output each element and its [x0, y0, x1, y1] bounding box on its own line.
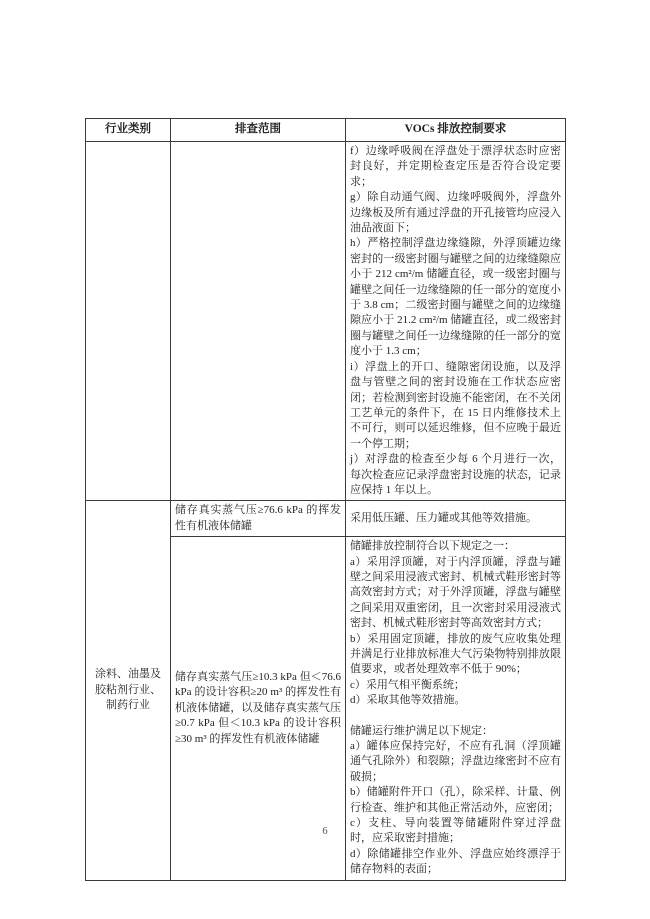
requirement-paragraph-g: g）除自动通气阀、边缘呼吸阀外，浮盘外边缘板及所有通过浮盘的开孔接管均应浸入油品…	[350, 190, 561, 236]
emission-control-item-b: b）采用固定顶罐，排放的废气应收集处理并满足行业排放标准大气污染物特别排放限值要…	[350, 632, 561, 678]
document-page: { "page": { "number": "6" }, "table": { …	[0, 0, 650, 919]
table-row-high-vapor-pressure: 涂料、油墨及胶粘剂行业、制药行业 储存真实蒸气压≥76.6 kPa 的挥发性有机…	[86, 501, 566, 537]
emission-control-title: 储罐排放控制符合以下规定之一：	[350, 539, 561, 554]
table-header-row: 行业类别 排查范围 VOCs 排放控制要求	[86, 119, 566, 142]
maintenance-item-d: d）除储罐排空作业外、浮盘应始终漂浮于储存物料的表面；	[350, 847, 561, 878]
requirement-paragraph: 采用低压罐、压力罐或其他等效措施。	[350, 511, 561, 526]
col-header-scope: 排查范围	[171, 119, 346, 142]
emission-control-group: 储罐排放控制符合以下规定之一： a）采用浮顶罐，对于内浮顶罐，浮盘与罐壁之间采用…	[350, 539, 561, 708]
maintenance-group: 储罐运行维护满足以下规定： a）罐体应保持完好，不应有孔洞（浮顶罐通气孔除外）和…	[350, 724, 561, 878]
industry-cell: 涂料、油墨及胶粘剂行业、制药行业	[86, 501, 171, 880]
maintenance-item-b: b）储罐附件开口（孔），除采样、计量、例行检查、维护和其他正常活动外，应密闭；	[350, 785, 561, 816]
requirements-cell: 采用低压罐、压力罐或其他等效措施。	[346, 501, 566, 537]
col-header-industry: 行业类别	[86, 119, 171, 142]
emission-control-item-a: a）采用浮顶罐，对于内浮顶罐，浮盘与罐壁之间采用浸液式密封、机械式鞋形密封等高效…	[350, 555, 561, 632]
col-header-requirements: VOCs 排放控制要求	[346, 119, 566, 142]
scope-cell-empty	[171, 142, 346, 501]
emission-control-item-c: c）采用气相平衡系统；	[350, 678, 561, 693]
requirements-cell: f）边缘呼吸阀在浮盘处于漂浮状态时应密封良好，并定期检查定压是否符合设定要求； …	[346, 142, 566, 501]
requirement-paragraph-f: f）边缘呼吸阀在浮盘处于漂浮状态时应密封良好，并定期检查定压是否符合设定要求；	[350, 144, 561, 190]
maintenance-item-a: a）罐体应保持完好，不应有孔洞（浮顶罐通气孔除外）和裂隙；浮盘边缘密封不应有破损…	[350, 739, 561, 785]
requirement-paragraph-i: i）浮盘上的开口、缝隙密闭设施，以及浮盘与管壁之间的密封设施在工作状态应密闭；若…	[350, 360, 561, 452]
maintenance-title: 储罐运行维护满足以下规定：	[350, 724, 561, 739]
industry-cell-empty	[86, 142, 171, 501]
table-row-continuation: f）边缘呼吸阀在浮盘处于漂浮状态时应密封良好，并定期检查定压是否符合设定要求； …	[86, 142, 566, 501]
emission-control-item-d: d）采取其他等效措施。	[350, 693, 561, 708]
scope-cell: 储存真实蒸气压≥76.6 kPa 的挥发性有机液体储罐	[171, 501, 346, 537]
page-number: 6	[0, 826, 650, 837]
industry-voc-requirements-table: 行业类别 排查范围 VOCs 排放控制要求 f）边缘呼吸阀在浮盘处于漂浮状态时应…	[85, 118, 566, 881]
requirement-paragraph-h: h）严格控制浮盘边缘缝隙，外浮顶罐边缘密封的一级密封圈与罐壁之间的边缘缝隙应小于…	[350, 236, 561, 359]
requirement-paragraph-j: j）对浮盘的检查至少每 6 个月进行一次，每次检查应记录浮盘密封设施的状态，记录…	[350, 452, 561, 498]
